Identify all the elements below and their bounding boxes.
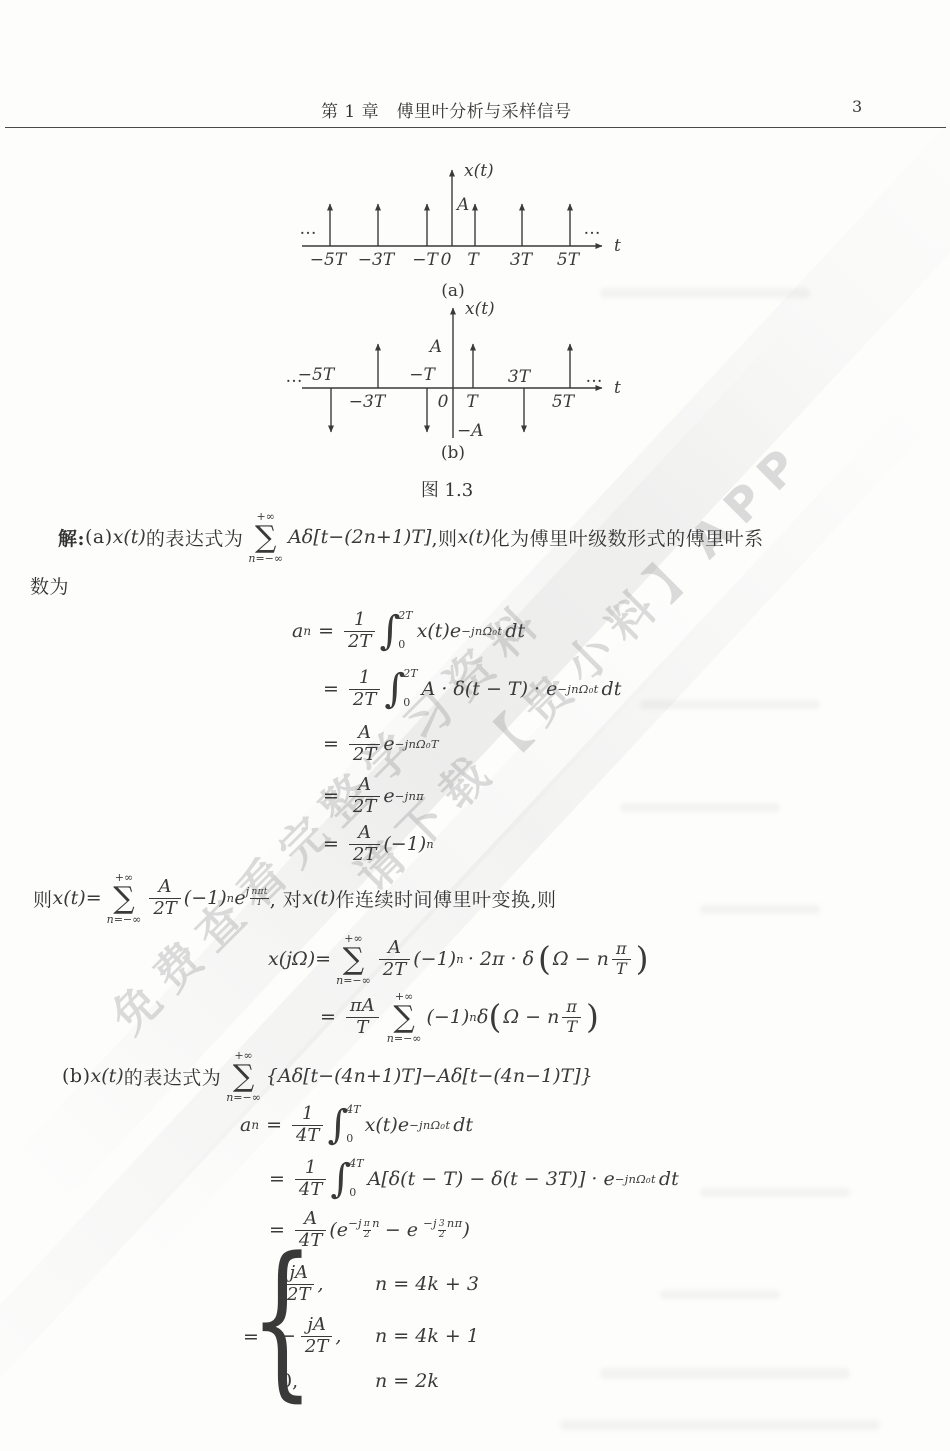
bleedthrough-smudge [700, 905, 820, 914]
bleedthrough-smudge [600, 1368, 850, 1379]
sum-lower-limit: n=−∞ [387, 1033, 422, 1044]
frac-numerator: 1 [344, 610, 375, 631]
math-token: x(t) [91, 1065, 124, 1087]
frac-numerator: nπt [250, 888, 268, 898]
fraction: A2T [379, 938, 410, 980]
math-token: e [383, 733, 394, 755]
frac-numerator: A [379, 938, 410, 959]
math-token: Aδ[t−(2n+1)T] [288, 526, 431, 548]
math-token: dt [659, 1168, 679, 1190]
summation: +∞ ∑ n=−∞ [107, 872, 142, 925]
equation-line: = 12T ∫2T0 A · δ(t − T) · e−jnΩ₀t dt [316, 662, 621, 716]
equation-line: = πAT +∞ ∑ n=−∞ (−1)n δ ( Ω − n πT ) [313, 988, 599, 1046]
math-token: A[δ(t − T) − δ(t − 3T)] · e [368, 1168, 615, 1190]
math-token: dt [505, 620, 525, 642]
small-fraction: nπtT [250, 888, 268, 908]
tick-label: −T [412, 250, 439, 270]
tick-label: 5T [552, 392, 576, 412]
frac-numerator: jA [283, 1263, 314, 1284]
frac-denominator: 2T [301, 1336, 332, 1358]
sum-symbol: ∑ [113, 885, 134, 912]
tick-label: −5T [310, 250, 348, 270]
frac-denominator: 2 [438, 1231, 446, 1240]
math-token: x(t) [113, 526, 146, 548]
frac-numerator: π [612, 940, 631, 958]
case-row: − jA2T , n = 4k + 1 [280, 1310, 580, 1362]
tick-label: 5T [557, 250, 581, 270]
frac-denominator: T [612, 959, 631, 978]
math-token: x(t)e [365, 1114, 409, 1136]
figure-b: x(t) A −A t … … −5T −T 3T −3T 0 T 5T (b) [272, 298, 662, 474]
equals-sign: = [323, 733, 339, 755]
integral: ∫2T0 [384, 666, 420, 712]
text-run: (a) [85, 526, 113, 548]
frac-numerator: 1 [349, 668, 380, 689]
math-token: e [383, 785, 394, 807]
math-token: a [240, 1114, 251, 1136]
bleedthrough-smudge [640, 700, 820, 709]
bleedthrough-smudge [620, 803, 780, 812]
integral: ∫4T0 [327, 1102, 363, 1148]
integral-lower: 0 [349, 1186, 363, 1202]
math-token: (−1) [413, 948, 456, 970]
sum-symbol: ∑ [393, 1004, 414, 1031]
math-subscript: n [251, 1118, 259, 1132]
math-token: x(jΩ)= [268, 948, 331, 970]
math-token: (e [329, 1219, 348, 1241]
tick-label: 3T [510, 250, 534, 270]
integral-lower: 0 [403, 696, 417, 712]
frac-denominator: 2T [349, 744, 380, 766]
frac-numerator: 1 [295, 1158, 326, 1179]
fraction: jA2T [301, 1315, 332, 1357]
frac-numerator: π [363, 1220, 371, 1230]
integral-upper: 4T [349, 1156, 363, 1170]
fraction: A2T [349, 823, 380, 865]
amplitude-label: A [428, 337, 442, 357]
math-token: A · δ(t − T) · e [422, 678, 558, 700]
math-token: · 2π · δ [468, 948, 534, 970]
math-token: nπ [447, 1216, 463, 1230]
equation-line: = A2T (−1)n [316, 820, 434, 868]
solution-intro-line: 解: (a) x(t) 的表达式为 +∞ ∑ n=−∞ Aδ[t−(2n+1)T… [58, 505, 764, 569]
fraction: A2T [349, 723, 380, 765]
frac-denominator: 4T [295, 1179, 326, 1201]
equals-sign: = [323, 678, 339, 700]
frac-denominator: 2T [349, 796, 380, 818]
text-run: 则 [33, 885, 53, 912]
equals-sign: = [323, 833, 339, 855]
frac-denominator: 4T [292, 1125, 323, 1147]
equals-sign: = [323, 785, 339, 807]
frac-numerator: π [562, 998, 581, 1016]
summation: +∞ ∑ n=−∞ [387, 991, 422, 1044]
frac-denominator: 2T [349, 844, 380, 866]
equals-sign: = [269, 1168, 285, 1190]
fraction: 12T [344, 610, 375, 652]
integral: ∫2T0 [379, 608, 415, 654]
case-condition: n = 2k [375, 1370, 439, 1392]
math-token: e [234, 887, 245, 909]
equation-line: x(jΩ)= +∞ ∑ n=−∞ A2T (−1)n · 2π · δ ( Ω … [268, 930, 648, 988]
frac-numerator: A [349, 775, 380, 796]
text-run: 数为 [30, 572, 69, 599]
tick-label: T [466, 392, 479, 412]
ellipsis: … [586, 367, 603, 387]
math-token: δ [477, 1006, 488, 1028]
equals-sign: = [318, 620, 334, 642]
sum-lower-limit: n=−∞ [107, 914, 142, 925]
text-run: , 对 [270, 885, 303, 912]
ellipsis: … [300, 219, 317, 239]
math-exponent: −jπ2n [348, 1220, 380, 1240]
math-token: Ω − n [553, 948, 609, 970]
case-condition: n = 4k + 1 [375, 1325, 479, 1347]
math-token: a [292, 620, 303, 642]
tick-label: −3T [358, 250, 396, 270]
fraction: πAT [346, 996, 379, 1038]
summation: +∞ ∑ n=−∞ [226, 1050, 261, 1103]
scanned-textbook-page: 免费查看完整学习资料 请下载【贵小料】APP 第 1 章 傅里叶分析与采样信号 … [0, 0, 950, 1451]
math-token: x(t) [457, 526, 490, 548]
fraction: A2T [149, 877, 180, 919]
math-token: 0, [280, 1370, 298, 1392]
math-token: x(t) [302, 887, 335, 909]
frac-numerator: 1 [292, 1104, 323, 1125]
text-run: 化为傅里叶级数形式的傅里叶系 [491, 524, 764, 551]
math-token: (−1) [383, 833, 426, 855]
fraction: 14T [295, 1158, 326, 1200]
text-run: 的表达式为 [124, 1063, 222, 1090]
small-fraction: 32 [438, 1220, 446, 1240]
math-token: {Aδ[t−(4n+1)T]−Aδ[t−(4n−1)T]} [266, 1065, 593, 1087]
page-number: 3 [852, 97, 862, 116]
small-fraction: π2 [363, 1220, 371, 1240]
frac-denominator: T [562, 1017, 581, 1036]
header-rule [5, 127, 946, 128]
sum-lower-limit: n=−∞ [336, 975, 371, 986]
fraction: 12T [349, 668, 380, 710]
sum-lower-limit: n=−∞ [248, 553, 283, 564]
fraction: πT [562, 998, 581, 1036]
y-axis-label: x(t) [464, 161, 494, 181]
equation-line: an = 14T ∫4T0 x(t)e−jnΩ₀t dt [240, 1098, 473, 1152]
integral: ∫4T0 [330, 1156, 366, 1202]
tick-label: 0 [438, 392, 449, 412]
sum-symbol: ∑ [233, 1063, 254, 1090]
math-token: , [335, 1325, 341, 1347]
frac-numerator: A [349, 823, 380, 844]
summation: +∞ ∑ n=−∞ [336, 933, 371, 986]
y-axis-label: x(t) [465, 299, 495, 319]
math-token: −j [348, 1216, 362, 1230]
bleedthrough-smudge [700, 1188, 850, 1197]
math-token: j [246, 884, 250, 898]
math-exponent: jnπtT [246, 888, 270, 908]
text-run: 作连续时间傅里叶变换,则 [335, 885, 556, 912]
tick-label: −3T [349, 392, 387, 412]
frac-numerator: πA [346, 996, 379, 1017]
equation-line: = A2T e−jnπ [316, 772, 424, 820]
case-condition: n = 4k + 3 [375, 1273, 479, 1295]
fraction: A2T [349, 775, 380, 817]
frac-numerator: 3 [438, 1220, 446, 1230]
case-row: 0, n = 2k [280, 1364, 580, 1398]
sum-symbol: ∑ [255, 524, 276, 551]
frac-denominator: 2T [379, 959, 410, 981]
text-run: ,则 [431, 524, 457, 551]
figure-caption: 图 1.3 [272, 476, 622, 502]
bleedthrough-smudge [660, 1290, 780, 1299]
equals-sign: = [320, 1006, 336, 1028]
amplitude-label: A [455, 195, 469, 215]
x-axis-label: t [614, 236, 621, 256]
text-run: 的表达式为 [146, 524, 244, 551]
chapter-header: 第 1 章 傅里叶分析与采样信号 [321, 97, 572, 122]
math-token: x(t)e [417, 620, 461, 642]
minus-sign: − [280, 1325, 296, 1347]
equals-sign: = [266, 1114, 282, 1136]
bleedthrough-smudge [560, 1420, 880, 1430]
equation-line: an = 12T ∫2T0 x(t)e−jnΩ₀t dt [292, 604, 525, 658]
tick-label: 0 [441, 250, 452, 270]
x-axis-label: t [614, 378, 621, 398]
frac-numerator: jA [301, 1315, 332, 1336]
math-token: Ω − n [503, 1006, 559, 1028]
math-subscript: n [303, 624, 311, 638]
text-run: (b) [62, 1065, 91, 1087]
math-token: n [372, 1216, 380, 1230]
math-token: (−1) [426, 1006, 469, 1028]
frac-denominator: 2T [344, 631, 375, 653]
amplitude-label: −A [457, 421, 484, 441]
tick-label: −5T [298, 365, 336, 385]
math-token: x(t)= [53, 887, 102, 909]
tick-label: −T [409, 365, 436, 385]
integral-lower: 0 [398, 638, 412, 654]
subfigure-label: (b) [441, 443, 465, 463]
frac-denominator: 2T [149, 898, 180, 920]
figure-a: x(t) A t … … −5T −3T −T 0 T 3T 5T (a) [272, 158, 662, 308]
sum-symbol: ∑ [343, 946, 364, 973]
then-line: 则 x(t)= +∞ ∑ n=−∞ A2T (−1)n ejnπtT , 对 x… [33, 866, 557, 930]
summation: +∞ ∑ n=−∞ [248, 511, 283, 564]
frac-numerator: A [349, 723, 380, 744]
fraction: πT [612, 940, 631, 978]
frac-denominator: T [250, 899, 268, 908]
integral-upper: 2T [403, 666, 417, 680]
math-token: dt [453, 1114, 473, 1136]
math-token: −j [423, 1216, 437, 1230]
tick-label: T [467, 250, 480, 270]
math-exponent: −j32nπ [423, 1220, 462, 1240]
integral-upper: 4T [346, 1102, 360, 1116]
ellipsis: … [584, 219, 601, 239]
integral-lower: 0 [346, 1132, 360, 1148]
solution-label: 解: [58, 524, 85, 551]
frac-numerator: A [149, 877, 180, 898]
equation-line: = A2T e−jnΩ₀T [316, 720, 439, 768]
math-token: (−1) [184, 887, 227, 909]
case-row: jA2T , n = 4k + 3 [280, 1260, 580, 1308]
frac-denominator: 2T [349, 689, 380, 711]
math-token: , [317, 1273, 323, 1295]
fraction: 14T [292, 1104, 323, 1146]
math-token: ) [462, 1219, 469, 1241]
math-token: − e [385, 1219, 418, 1241]
equation-line: = 14T ∫4T0 A[δ(t − T) − δ(t − 3T)] · e−j… [262, 1152, 679, 1206]
tick-label: 3T [508, 367, 532, 387]
solution-intro-cont: 数为 [30, 572, 69, 599]
frac-denominator: 2T [283, 1284, 314, 1306]
math-token: dt [602, 678, 622, 700]
frac-denominator: 2 [363, 1231, 371, 1240]
integral-upper: 2T [398, 608, 412, 622]
frac-denominator: T [346, 1017, 379, 1039]
fraction: jA2T [283, 1263, 314, 1305]
